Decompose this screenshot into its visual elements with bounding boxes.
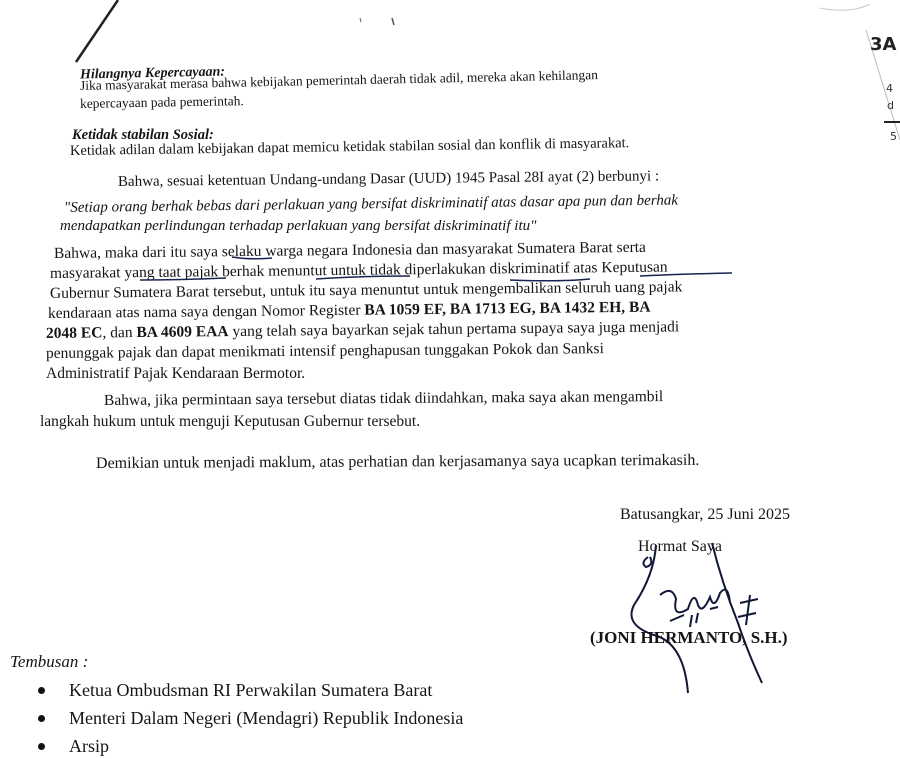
cc-list: Ketua Ombudsman RI Perwakilan Sumatera B…	[38, 676, 463, 759]
bullet-icon	[38, 743, 45, 750]
bullet-icon	[38, 715, 45, 722]
cc-item-label: Menteri Dalam Negeri (Mendagri) Republik…	[69, 704, 463, 732]
cc-item-label: Ketua Ombudsman RI Perwakilan Sumatera B…	[69, 676, 432, 704]
closing-sentence: Demikian untuk menjadi maklum, atas perh…	[96, 451, 699, 474]
letter-page: Hilangnya Kepercayaan: Jika masyarakat m…	[0, 0, 900, 759]
cc-item: Menteri Dalam Negeri (Mendagri) Republik…	[38, 704, 463, 732]
place-and-date: Batusangkar, 25 Juni 2025	[620, 506, 790, 524]
cc-item: Ketua Ombudsman RI Perwakilan Sumatera B…	[38, 676, 463, 704]
warning-paragraph-line: Bahwa, jika permintaan saya tersebut dia…	[104, 387, 663, 411]
warning-paragraph-line: langkah hukum untuk menguji Keputusan Gu…	[40, 412, 420, 432]
signatory-name: (JONI HERMANTO, S.H.)	[590, 628, 788, 648]
handwritten-underlines	[0, 0, 900, 400]
cc-title: Tembusan :	[10, 652, 88, 672]
cc-item-label: Arsip	[69, 732, 109, 759]
bullet-icon	[38, 687, 45, 694]
cc-item: Arsip	[38, 732, 463, 759]
handwritten-signature	[620, 535, 820, 695]
